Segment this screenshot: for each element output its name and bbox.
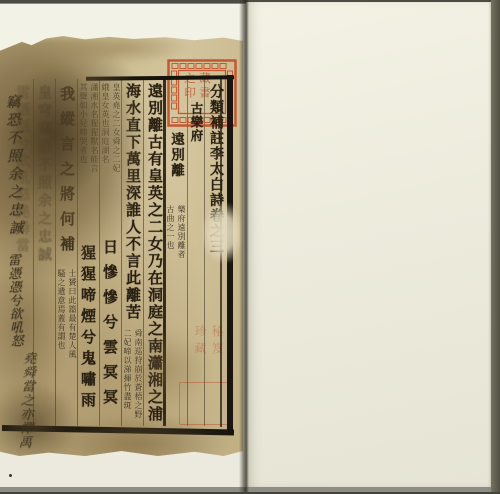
section-heading: 古樂府 — [187, 102, 205, 143]
commentary-left-subcolumn: 二妃啼以涕揮竹盡斑 — [122, 329, 133, 419]
poem-title: 遠別離 — [165, 132, 186, 179]
verse-column: 猩猩啼煙兮鬼嘯雨 — [77, 245, 98, 413]
text-frame-bottom-border — [2, 425, 234, 435]
paper-repair-patch — [202, 203, 243, 263]
note-left-subcolumn: 古曲之一也 — [165, 205, 176, 259]
open-book-photo: 藏書之印 分類補註李太白詩卷之三 古樂府 遠別離 樂府遠別離者 古曲之一也 遠別… — [0, 0, 500, 494]
faint-seal-left-column: 珍藏 — [191, 325, 208, 359]
commentary-left-subcolumn: 娥皇女英也洞庭湖名 — [100, 83, 111, 173]
right-blank-page — [246, 2, 491, 487]
verse-column: 日慘慘兮雲冥冥 — [99, 239, 121, 414]
faint-seal-right-column: 秘笈 — [208, 325, 225, 359]
background-right-edge — [491, 0, 500, 494]
handwritten-marginalia: 堯舜當之亦禪禹 — [13, 351, 36, 450]
damaged-verse-column: 皇穹竊恐不照余之忠誠 — [34, 85, 53, 265]
left-printed-page: 藏書之印 分類補註李太白詩卷之三 古樂府 遠別離 樂府遠別離者 古曲之一也 遠別… — [0, 36, 243, 456]
commentary-block: 舜南巡狩崩於蒼梧之野 二妃啼以涕揮竹盡斑 — [122, 329, 144, 419]
commentary-left-subcolumn: 騷之遺意焉蓋有謂也 — [56, 269, 67, 359]
commentary-block: 瀟湘水名猩猩獸名能言 其聲如小兒啼哭者也 — [78, 83, 100, 173]
bottomleft-stain — [0, 379, 80, 456]
commentary-right-subcolumn: 皇英堯之二女舜之二妃 — [111, 83, 122, 173]
handwritten-marginalia: 竊恐不照余之忠誠 — [1, 94, 25, 238]
ink-speck — [9, 474, 12, 477]
verse-column: 我縱言之將何補 — [56, 86, 77, 261]
commentary-left-subcolumn: 其聲如小兒啼哭者也 — [78, 83, 89, 173]
commentary-right-subcolumn: 舜南巡狩崩於蒼梧之野 — [133, 329, 144, 419]
note-right-subcolumn: 樂府遠別離者 — [176, 205, 187, 259]
commentary-block: 皇英堯之二女舜之二妃 娥皇女英也洞庭湖名 — [100, 83, 122, 173]
book-gutter-shadow — [239, 0, 249, 492]
commentary-right-subcolumn: 瀟湘水名猩猩獸名能言 — [89, 83, 100, 173]
handwritten-marginalia: 雷憑憑兮欲吼怒 — [2, 253, 23, 348]
verse-column: 遠別離古有皇英之二女乃在洞庭之南瀟湘之浦 — [144, 83, 165, 423]
faint-red-seal-outline — [179, 382, 233, 425]
commentary-block: 士贇曰此篇最有楚人風 騷之遺意焉蓋有謂也 — [56, 269, 78, 359]
commentary-right-subcolumn: 士贇曰此篇最有楚人風 — [67, 269, 78, 359]
verse-column: 海水直下萬里深誰人不言此離苦 — [122, 83, 143, 321]
poem-title-note: 樂府遠別離者 古曲之一也 — [165, 205, 187, 259]
